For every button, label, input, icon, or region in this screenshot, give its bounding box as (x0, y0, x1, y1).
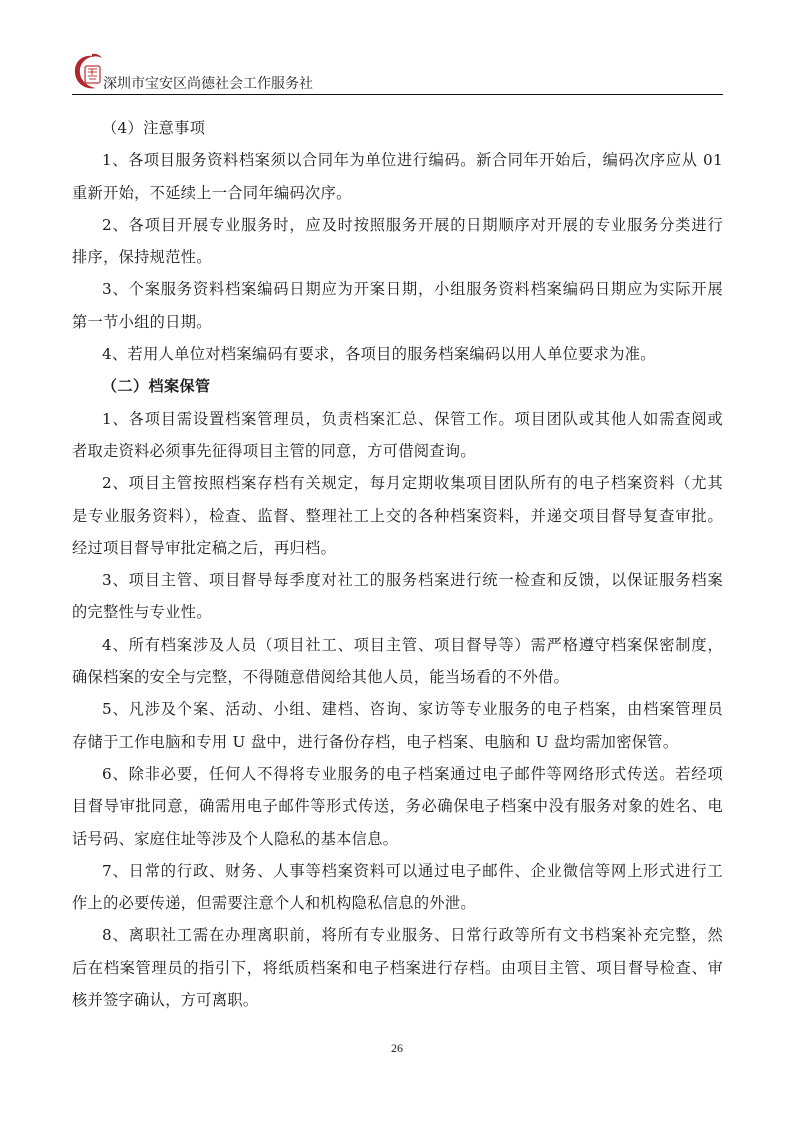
storage-item-4: 4、所有档案涉及人员（项目社工、项目主管、项目督导等）需严格遵守档案保密制度， … (72, 629, 723, 694)
paragraph-line: 核并签字确认，方可离职。 (72, 984, 723, 1016)
section-title-archive-storage: （二）档案保管 (72, 370, 723, 402)
paragraph-line: 4、所有档案涉及人员（项目社工、项目主管、项目督导等）需严格遵守档案保密制度， (72, 629, 723, 661)
paragraph-line: 存储于工作电脑和专用 U 盘中，进行备份存档，电子档案、电脑和 U 盘均需加密保… (72, 726, 723, 758)
paragraph-line: 3、项目主管、项目督导每季度对社工的服务档案进行统一检查和反馈，以保证服务档案 (72, 564, 723, 596)
paragraph-line: 重新开始，不延续上一合同年编码次序。 (72, 177, 723, 209)
paragraph-line: 经过项目督导审批定稿之后，再归档。 (72, 532, 723, 564)
paragraph-line: 确保档案的安全与完整，不得随意借阅给其他人员，能当场看的不外借。 (72, 661, 723, 693)
paragraph-line: 7、日常的行政、财务、人事等档案资料可以通过电子邮件、企业微信等网上形式进行工 (72, 855, 723, 887)
subsection-title-notes: （4）注意事项 (72, 112, 723, 144)
paragraph-line: 2、项目主管按照档案存档有关规定，每月定期收集项目团队所有的电子档案资料（尤其 (72, 467, 723, 499)
paragraph-line: 4、若用人单位对档案编码有要求，各项目的服务档案编码以用人单位要求为准。 (72, 338, 723, 370)
storage-item-5: 5、凡涉及个案、活动、小组、建档、咨询、家访等专业服务的电子档案，由档案管理员 … (72, 693, 723, 758)
paragraph-line: 2、各项目开展专业服务时，应及时按照服务开展的日期顺序对开展的专业服务分类进行 (72, 209, 723, 241)
paragraph-line: 的完整性与专业性。 (72, 596, 723, 628)
paragraph-line: 作上的必要传递，但需要注意个人和机构隐私信息的外泄。 (72, 887, 723, 919)
storage-item-1: 1、各项目需设置档案管理员，负责档案汇总、保管工作。项目团队或其他人如需查阅或 … (72, 403, 723, 468)
storage-item-3: 3、项目主管、项目督导每季度对社工的服务档案进行统一检查和反馈，以保证服务档案 … (72, 564, 723, 629)
paragraph-line: 排序，保持规范性。 (72, 241, 723, 273)
paragraph-line: 目督导审批同意，确需用电子邮件等形式传送，务必确保电子档案中没有服务对象的姓名、… (72, 790, 723, 822)
paragraph-line: 1、各项目需设置档案管理员，负责档案汇总、保管工作。项目团队或其他人如需查阅或 (72, 403, 723, 435)
paragraph-line: 1、各项目服务资料档案须以合同年为单位进行编码。新合同年开始后，编码次序应从 0… (72, 144, 723, 176)
paragraph-line: 是专业服务资料），检查、监督、整理社工上交的各种档案资料，并递交项目督导复查审批… (72, 500, 723, 532)
storage-item-6: 6、除非必要，任何人不得将专业服务的电子档案通过电子邮件等网络形式传送。若经项 … (72, 758, 723, 855)
organization-name: 深圳市宝安区尚德社会工作服务社 (103, 76, 313, 92)
storage-item-8: 8、离职社工需在办理离职前，将所有专业服务、日常行政等所有文书档案补充完整，然 … (72, 919, 723, 1016)
paragraph-line: 5、凡涉及个案、活动、小组、建档、咨询、家访等专业服务的电子档案，由档案管理员 (72, 693, 723, 725)
notes-item-2: 2、各项目开展专业服务时，应及时按照服务开展的日期顺序对开展的专业服务分类进行 … (72, 209, 723, 274)
paragraph-line: 第一节小组的日期。 (72, 306, 723, 338)
header-divider (72, 94, 723, 95)
paragraph-line: 者取走资料必须事先征得项目主管的同意，方可借阅查询。 (72, 435, 723, 467)
paragraph-line: 8、离职社工需在办理离职前，将所有专业服务、日常行政等所有文书档案补充完整，然 (72, 919, 723, 951)
paragraph-line: 6、除非必要，任何人不得将专业服务的电子档案通过电子邮件等网络形式传送。若经项 (72, 758, 723, 790)
document-body: （4）注意事项 1、各项目服务资料档案须以合同年为单位进行编码。新合同年开始后，… (72, 112, 723, 1016)
organization-seal-logo-icon (72, 52, 106, 92)
notes-item-3: 3、个案服务资料档案编码日期应为开案日期，小组服务资料档案编码日期应为实际开展 … (72, 273, 723, 338)
paragraph-line: 后在档案管理员的指引下，将纸质档案和电子档案进行存档。由项目主管、项目督导检查、… (72, 952, 723, 984)
notes-item-4: 4、若用人单位对档案编码有要求，各项目的服务档案编码以用人单位要求为准。 (72, 338, 723, 370)
paragraph-line: 话号码、家庭住址等涉及个人隐私的基本信息。 (72, 823, 723, 855)
storage-item-2: 2、项目主管按照档案存档有关规定，每月定期收集项目团队所有的电子档案资料（尤其 … (72, 467, 723, 564)
paragraph-line: 3、个案服务资料档案编码日期应为开案日期，小组服务资料档案编码日期应为实际开展 (72, 273, 723, 305)
notes-item-1: 1、各项目服务资料档案须以合同年为单位进行编码。新合同年开始后，编码次序应从 0… (72, 144, 723, 209)
page-header: 深圳市宝安区尚德社会工作服务社 (72, 52, 723, 96)
page-number: 26 (0, 1041, 794, 1056)
storage-item-7: 7、日常的行政、财务、人事等档案资料可以通过电子邮件、企业微信等网上形式进行工 … (72, 855, 723, 920)
